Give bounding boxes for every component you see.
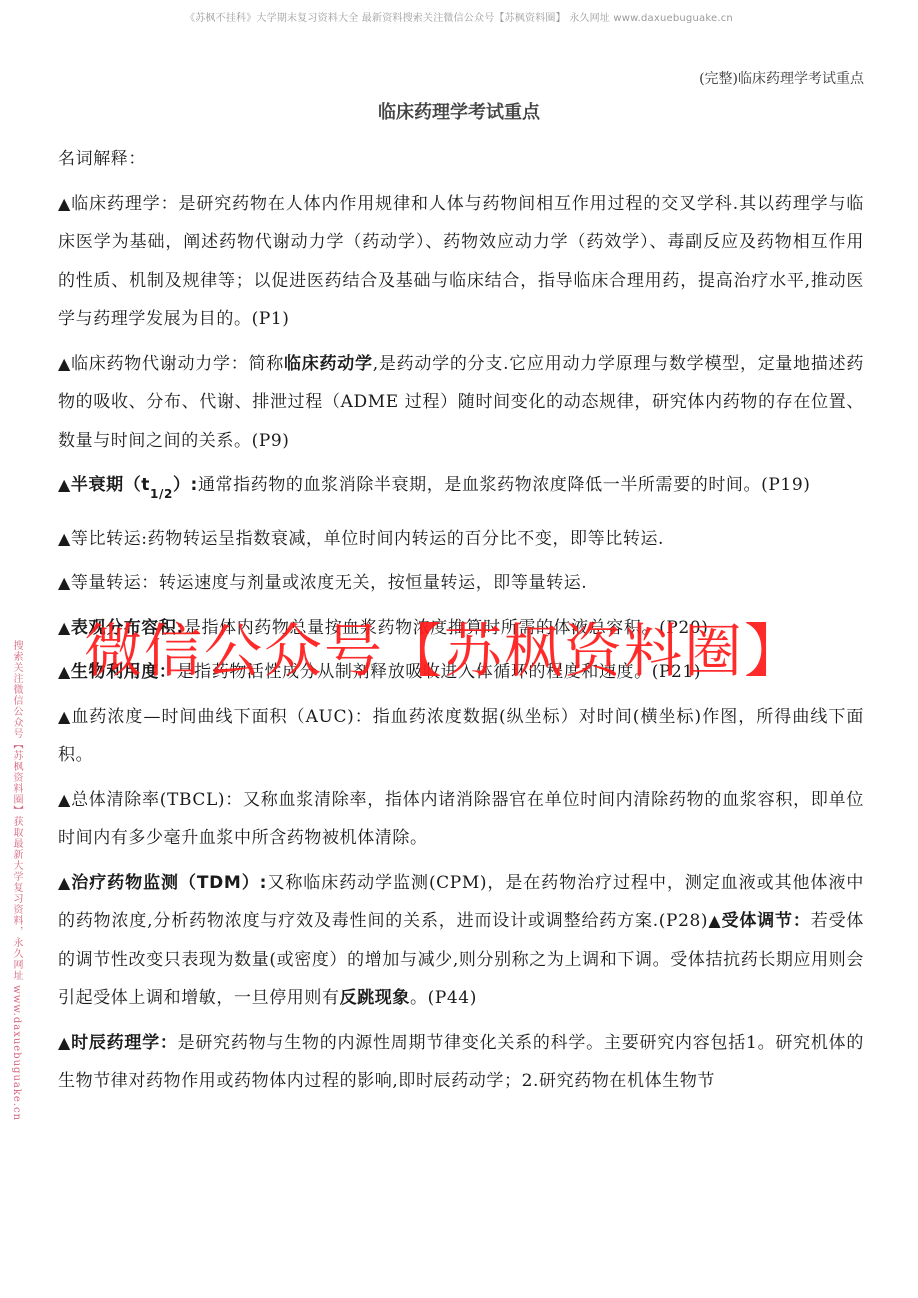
triangle-bullet-icon: ▲ [58,573,71,592]
entry-term: 等量转运： [71,573,159,593]
entry-text: 简称 [249,354,285,374]
entry-total-clearance: ▲总体清除率(TBCL)：又称血浆清除率，指体内诸消除器官在单位时间内清除药物的… [58,781,864,858]
triangle-bullet-icon: ▲ [58,707,71,726]
entry-text: 是研究药物在人体内作用规律和人体与药物间相互作用过程的交叉学科.其以药理学与临床… [58,194,864,330]
document-body: 名词解释： ▲临床药理学：是研究药物在人体内作用规律和人体与药物间相互作用过程的… [58,140,864,1107]
entry-term: 等比转运: [71,529,148,549]
entry-first-order-transport: ▲等比转运:药物转运呈指数衰减，单位时间内转运的百分比不变，即等比转运. [58,520,864,559]
entry-chronopharmacology: ▲时辰药理学：是研究药物与生物的内源性周期节律变化关系的科学。主要研究内容包括1… [58,1024,864,1101]
entry-term: 血药浓度—时间曲线下面积（AUC)： [71,707,372,727]
entry-text: 是指体内药物总量按血浆药物浓度推算时所需的体液总容积。(P20) [184,618,709,638]
top-watermark: 《苏枫不挂科》大学期末复习资料大全 最新资料搜索关注微信公众号【苏枫资料圈】 永… [0,9,918,24]
triangle-bullet-icon: ▲ [58,475,71,494]
entry-text: 药物转运呈指数衰减，单位时间内转运的百分比不变，即等比转运. [148,529,664,549]
entry-term-subscript: 1/2 [150,487,173,501]
entry-text: 是指药物活性成分从制剂释放吸收进入体循环的程度和速度。(P21) [177,662,702,682]
triangle-bullet-icon: ▲ [58,873,71,892]
entry-term: 总体清除率(TBCL)： [71,790,243,810]
section-heading: 名词解释： [58,140,864,179]
triangle-bullet-icon: ▲ [708,911,721,930]
entry-bold-inline: 临床药动学 [284,354,373,374]
entry-bioavailability: ▲生物利用度：是指药物活性成分从制剂释放吸收进入体循环的程度和速度。(P21) [58,653,864,692]
triangle-bullet-icon: ▲ [58,194,71,213]
triangle-bullet-icon: ▲ [58,662,71,681]
entry-term: 临床药理学： [71,194,178,214]
entry-clinical-pharmacokinetics: ▲临床药物代谢动力学：简称临床药动学,是药动学的分支.它应用动力学原理与数学模型… [58,345,864,461]
entry-term: 时辰药理学： [71,1033,178,1053]
entry-term: 生物利用度： [71,662,177,682]
entry-text: 通常指药物的血浆消除半衰期，是血浆药物浓度降低一半所需要的时间。(P19) [198,475,811,495]
entry-text: 转运速度与剂量或浓度无关，按恒量转运，即等量转运. [159,573,587,593]
triangle-bullet-icon: ▲ [58,618,71,637]
entry-clinical-pharmacology: ▲临床药理学：是研究药物在人体内作用规律和人体与药物间相互作用过程的交叉学科.其… [58,185,864,339]
entry-half-life: ▲半衰期（t1/2）:通常指药物的血浆消除半衰期，是血浆药物浓度降低一半所需要的… [58,466,864,514]
entry-term: 受体调节： [722,911,811,931]
document-title: 临床药理学考试重点 [0,98,918,124]
entry-auc: ▲血药浓度—时间曲线下面积（AUC)：指血药浓度数据(纵坐标）对时间(横坐标)作… [58,698,864,775]
entry-term: ）: [173,475,198,495]
entry-apparent-volume: ▲表观分布容积:是指体内药物总量按血浆药物浓度推算时所需的体液总容积。(P20) [58,609,864,648]
triangle-bullet-icon: ▲ [58,354,71,373]
entry-tdm: ▲治疗药物监测（TDM）:又称临床药动学监测(CPM)，是在药物治疗过程中，测定… [58,864,864,1018]
entry-term: 表观分布容积: [71,618,184,638]
triangle-bullet-icon: ▲ [58,529,71,548]
entry-bold-inline: 反跳现象 [340,988,410,1008]
triangle-bullet-icon: ▲ [58,790,71,809]
side-watermark: 搜索关注微信公众号【苏枫资料圈】获取最新大学复习资料，永久网址 www.daxu… [10,640,24,1121]
entry-text: 是研究药物与生物的内源性周期节律变化关系的科学。主要研究内容包括1。研究机体的生… [58,1033,864,1092]
entry-term: 治疗药物监测（TDM）: [71,873,267,893]
entry-term: 半衰期（t [71,475,150,495]
entry-zero-order-transport: ▲等量转运：转运速度与剂量或浓度无关，按恒量转运，即等量转运. [58,564,864,603]
running-header: (完整)临床药理学考试重点 [699,68,864,88]
entry-text: 。(P44) [410,988,477,1008]
entry-term: 临床药物代谢动力学： [71,354,248,374]
triangle-bullet-icon: ▲ [58,1033,71,1052]
